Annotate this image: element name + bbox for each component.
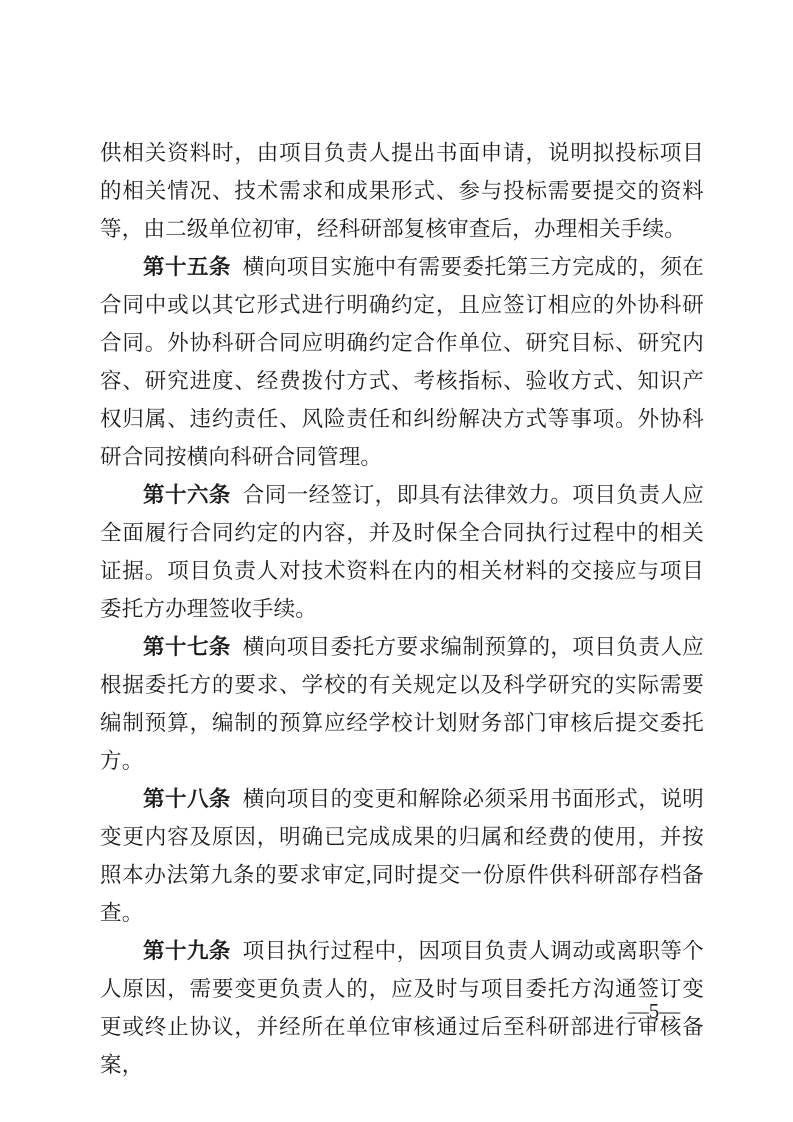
article-number: 第十五条 <box>143 255 231 279</box>
article-number: 第十九条 <box>143 939 231 963</box>
paragraph-article-17: 第十七条横向项目委托方要求编制预算的，项目负责人应根据委托方的要求、学校的有关规… <box>100 628 704 780</box>
article-number: 第十七条 <box>143 635 231 659</box>
paragraph-text: 横向项目实施中有需要委托第三方完成的，须在合同中或以其它形式进行明确约定，且应签… <box>100 255 704 469</box>
paragraph-continuation: 供相关资料时，由项目负责人提出书面申请，说明拟投标项目的相关情况、技术需求和成果… <box>100 134 704 248</box>
paragraph-article-15: 第十五条横向项目实施中有需要委托第三方完成的，须在合同中或以其它形式进行明确约定… <box>100 248 704 476</box>
article-number: 第十六条 <box>143 483 231 507</box>
paragraph-text: 供相关资料时，由项目负责人提出书面申请，说明拟投标项目的相关情况、技术需求和成果… <box>100 141 704 241</box>
page-number: —5— <box>604 998 704 1024</box>
article-number: 第十八条 <box>143 787 231 811</box>
document-body: 供相关资料时，由项目负责人提出书面申请，说明拟投标项目的相关情况、技术需求和成果… <box>100 134 704 1084</box>
paragraph-article-18: 第十八条横向项目的变更和解除必须采用书面形式，说明变更内容及原因，明确已完成成果… <box>100 780 704 932</box>
paragraph-article-16: 第十六条合同一经签订，即具有法律效力。项目负责人应全面履行合同约定的内容，并及时… <box>100 476 704 628</box>
document-page: 供相关资料时，由项目负责人提出书面申请，说明拟投标项目的相关情况、技术需求和成果… <box>0 0 793 1122</box>
